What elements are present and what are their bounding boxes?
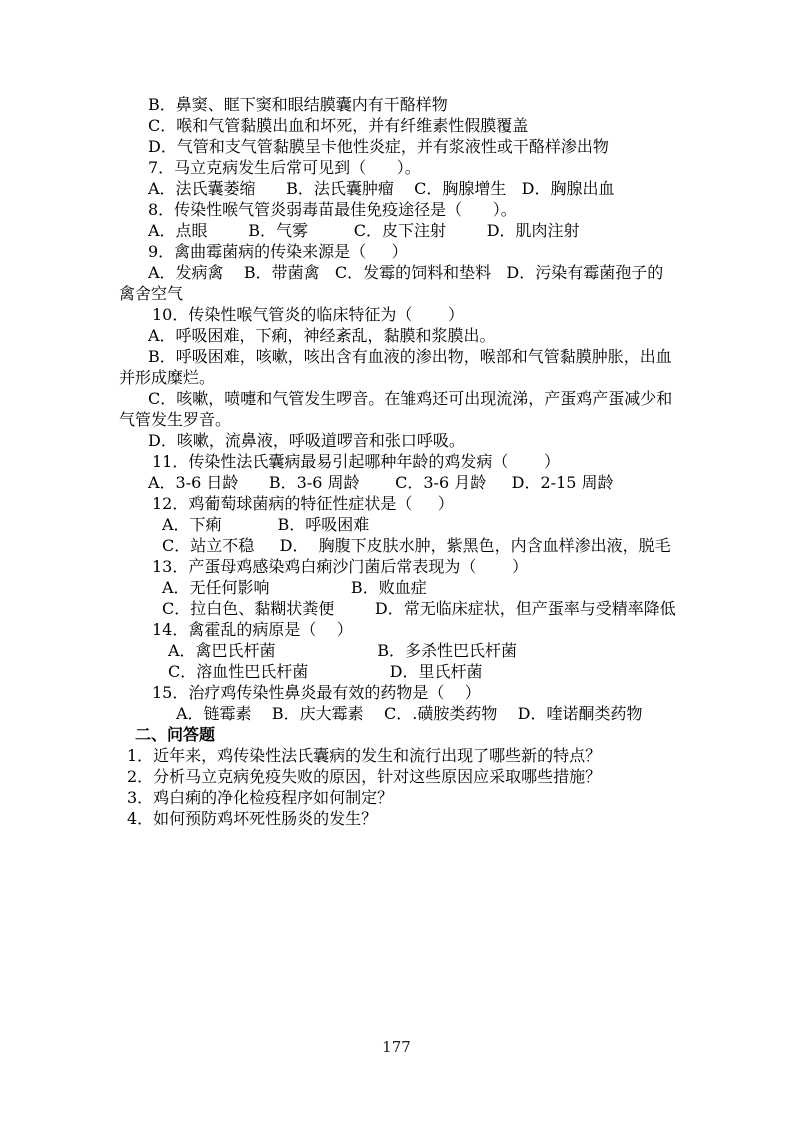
text-line: A．禽巴氏杆菌 B．多杀性巴氏杆菌 [119, 640, 679, 661]
text-line: 8．传染性喉气管炎弱毒苗最佳免疫途径是（ ）。 [119, 199, 679, 220]
text-line: A．点眼 B．气雾 C．皮下注射 D．肌肉注射 [119, 220, 679, 241]
text-line: A．3-6 日龄 B．3-6 周龄 C．3-6 月龄 D．2-15 周龄 [119, 472, 679, 493]
text-line: 12．鸡葡萄球菌病的特征性症状是（ ） [119, 493, 679, 514]
text-line: 3．鸡白痢的净化检疫程序如何制定？ [119, 787, 679, 808]
text-line: 15．治疗鸡传染性鼻炎最有效的药物是（ ） [119, 682, 679, 703]
text-line: A．呼吸困难，下痢，神经紊乱，黏膜和浆膜出。 [119, 325, 679, 346]
text-line: 13．产蛋母鸡感染鸡白痢沙门菌后常表现为（ ） [119, 556, 679, 577]
text-line: 禽舍空气 [119, 283, 679, 304]
text-line: 2．分析马立克病免疫失败的原因，针对这些原因应采取哪些措施？ [119, 766, 679, 787]
text-line: B．鼻窦、眶下窦和眼结膜囊内有干酪样物 [119, 94, 679, 115]
page-number: 177 [0, 1038, 793, 1057]
text-line: 4．如何预防鸡坏死性肠炎的发生？ [119, 808, 679, 829]
document-page: B．鼻窦、眶下窦和眼结膜囊内有干酪样物C．喉和气管黏膜出血和坏死，并有纤维素性假… [0, 0, 793, 1122]
text-line: A．链霉素 B．庆大霉素 C．.磺胺类药物 D．喹诺酮类药物 [119, 703, 679, 724]
text-line: 14．禽霍乱的病原是（ ） [119, 619, 679, 640]
text-line: 气管发生罗音。 [119, 409, 679, 430]
text-line: 二、问答题 [119, 724, 679, 745]
text-line: B．呼吸困难，咳嗽，咳出含有血液的渗出物，喉部和气管黏膜肿胀，出血 [119, 346, 679, 367]
text-line: 10．传染性喉气管炎的临床特征为（ ） [119, 304, 679, 325]
text-line: A．下痢 B．呼吸困难 [119, 514, 679, 535]
document-content: B．鼻窦、眶下窦和眼结膜囊内有干酪样物C．喉和气管黏膜出血和坏死，并有纤维素性假… [119, 94, 679, 829]
text-line: 9．禽曲霉菌病的传染来源是（ ） [119, 241, 679, 262]
text-line: C．溶血性巴氏杆菌 D．里氏杆菌 [119, 661, 679, 682]
text-line: A．法氏囊萎缩 B．法氏囊肿瘤 C．胸腺增生 D．胸腺出血 [119, 178, 679, 199]
text-line: 并形成糜烂。 [119, 367, 679, 388]
text-line: 11．传染性法氏囊病最易引起哪种年龄的鸡发病（ ） [119, 451, 679, 472]
text-line: C．拉白色、黏糊状粪便 D．常无临床症状，但产蛋率与受精率降低 [119, 598, 679, 619]
text-line: D．气管和支气管黏膜呈卡他性炎症，并有浆液性或干酪样渗出物 [119, 136, 679, 157]
text-line: C．咳嗽，喷嚏和气管发生啰音。在雏鸡还可出现流涕，产蛋鸡产蛋减少和 [119, 388, 679, 409]
text-line: C．站立不稳 D． 胸腹下皮肤水肿，紫黑色，内含血样渗出液，脱毛 [119, 535, 679, 556]
text-line: A．无任何影响 B．败血症 [119, 577, 679, 598]
text-line: 7．马立克病发生后常可见到（ ）。 [119, 157, 679, 178]
text-line: 1．近年来，鸡传染性法氏囊病的发生和流行出现了哪些新的特点？ [119, 745, 679, 766]
text-line: C．喉和气管黏膜出血和坏死，并有纤维素性假膜覆盖 [119, 115, 679, 136]
text-line: A．发病禽 B．带菌禽 C．发霉的饲料和垫料 D．污染有霉菌孢子的 [119, 262, 679, 283]
text-line: D．咳嗽，流鼻液，呼吸道啰音和张口呼吸。 [119, 430, 679, 451]
